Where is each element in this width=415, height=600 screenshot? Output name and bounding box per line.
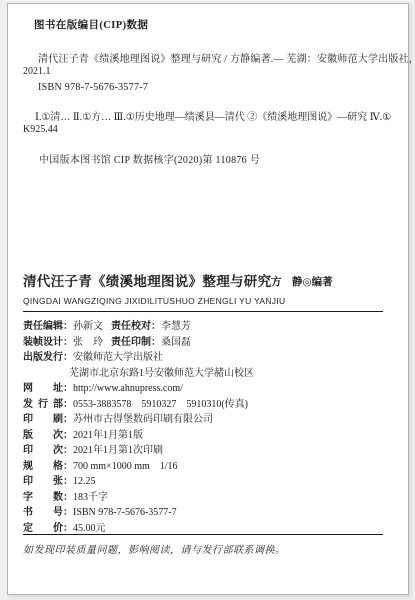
colon: ：: [63, 379, 73, 394]
colophon-row-sheets: 印张：12.25: [23, 472, 403, 488]
colophon-row-impression: 印次：2021年1月第1次印刷: [23, 441, 403, 457]
colon: ：: [63, 410, 73, 425]
colophon-label: 印张: [23, 472, 63, 487]
colon: ：: [63, 441, 73, 456]
colophon-row-website: 网址：http://www.ahnupress.com/: [23, 379, 403, 395]
cip-entry-line1: 清代汪子青《绩溪地理图说》整理与研究 / 方静编著.— 芜湖：安徽师范大学出版社…: [38, 50, 415, 65]
colophon-label: 网址: [23, 379, 63, 394]
cip-record-number: 中国版本图书馆 CIP 数据核字(2020)第 110876 号: [39, 151, 260, 166]
colophon-label: 责任编辑: [23, 317, 63, 332]
colon: ：: [63, 426, 73, 441]
colophon-value: 苏州市古得堡数码印刷有限公司: [73, 410, 213, 425]
colophon-row-design: 装帧设计：张 玲 责任印制：桑国磊: [23, 333, 403, 349]
colophon-value: 桑国磊: [161, 333, 191, 348]
colophon-row-address: 芜湖市北京东路1号安徽师范大学赭山校区: [23, 364, 403, 380]
quality-notice: 如发现印装质量问题，影响阅读，请与发行部联系调换。: [23, 541, 286, 556]
colon: ：: [151, 333, 161, 348]
colophon-value: 183千字: [73, 488, 108, 503]
colophon-block: 责任编辑：孙新文 责任校对：李慧芳 装帧设计：张 玲 责任印制：桑国磊 出版发行…: [23, 317, 403, 534]
colophon-label: 发行部: [23, 395, 63, 410]
book-author: 方 静◎编著: [271, 274, 333, 289]
colophon-label: 书号: [23, 503, 63, 518]
colophon-value: 安徽师范大学出版社: [73, 348, 163, 363]
colophon-row-distribution: 发行部：0553-3883578 5910327 5910310(传真): [23, 395, 403, 411]
cip-classification-line2: K925.44: [23, 124, 58, 135]
colon: ：: [63, 317, 73, 332]
colophon-value: ISBN 978-7-5676-3577-7: [73, 507, 177, 518]
cip-header: 图书在版编目(CIP)数据: [34, 17, 148, 32]
cip-isbn: ISBN 978-7-5676-3577-7: [38, 82, 148, 93]
colon: ：: [63, 472, 73, 487]
colophon-row-format: 规格：700 mm×1000 mm 1/16: [23, 457, 403, 473]
colophon-label: 字数: [23, 488, 63, 503]
colophon-value: 张 玲: [73, 333, 103, 348]
colophon-value: 芜湖市北京东路1号安徽师范大学赭山校区: [69, 364, 254, 379]
colophon-value: 李慧芳: [161, 317, 191, 332]
colon: ：: [63, 348, 73, 363]
colophon-label: 责任校对: [111, 317, 151, 332]
colon: ：: [63, 519, 73, 534]
colophon-value: 2021年1月第1次印刷: [73, 441, 163, 456]
colophon-label: 印次: [23, 441, 63, 456]
colophon-label: 印刷: [23, 410, 63, 425]
colophon-value: 0553-3883578 5910327 5910310(传真): [73, 395, 248, 410]
colophon-value: 45.00元: [73, 519, 106, 534]
colon: ：: [63, 395, 73, 410]
colophon-row-isbn: 书号：ISBN 978-7-5676-3577-7: [23, 503, 403, 519]
colophon-label: 出版发行: [23, 348, 63, 363]
colophon-value: 12.25: [73, 476, 96, 487]
colophon-row-edition: 版次：2021年1月第1版: [23, 426, 403, 442]
divider-rule-top: [23, 311, 383, 312]
book-title-pinyin: QINGDAI WANGZIQING JIXIDILITUSHUO ZHENGL…: [23, 296, 285, 306]
colophon-value: 2021年1月第1版: [73, 426, 143, 441]
cip-entry-line2: 2021.1: [23, 66, 51, 77]
colon: ：: [63, 457, 73, 472]
book-title: 清代汪子青《绩溪地理图说》整理与研究: [23, 270, 271, 290]
book-page: 图书在版编目(CIP)数据 清代汪子青《绩溪地理图说》整理与研究 / 方静编著.…: [7, 3, 409, 595]
colon: ：: [63, 333, 73, 348]
colophon-label: 规格: [23, 457, 63, 472]
colophon-label: 版次: [23, 426, 63, 441]
divider-rule-bottom: [23, 534, 383, 535]
colophon-value publisher-url: http://www.ahnupress.com/: [73, 383, 183, 394]
colon: ：: [151, 317, 161, 332]
cip-classification-line1: Ⅰ.①清… Ⅱ.①方… Ⅲ.①历史地理—绩溪县—清代 ②《绩溪地理图说》—研究 …: [35, 108, 391, 123]
colophon-value: 700 mm×1000 mm 1/16: [73, 457, 178, 472]
colophon-row-price: 定价：45.00元: [23, 519, 403, 535]
colophon-row-editors: 责任编辑：孙新文 责任校对：李慧芳: [23, 317, 403, 333]
colophon-row-wordcount: 字数：183千字: [23, 488, 403, 504]
colophon-row-printer: 印刷：苏州市古得堡数码印刷有限公司: [23, 410, 403, 426]
colophon-value: 孙新文: [73, 317, 103, 332]
scanned-copyright-page: 图书在版编目(CIP)数据 清代汪子青《绩溪地理图说》整理与研究 / 方静编著.…: [0, 0, 415, 600]
colon: ：: [63, 488, 73, 503]
colon: ：: [63, 503, 73, 518]
colophon-row-publisher: 出版发行：安徽师范大学出版社: [23, 348, 403, 364]
colophon-label: 装帧设计: [23, 333, 63, 348]
colophon-label: 定价: [23, 519, 63, 534]
colophon-label: 责任印制: [111, 333, 151, 348]
